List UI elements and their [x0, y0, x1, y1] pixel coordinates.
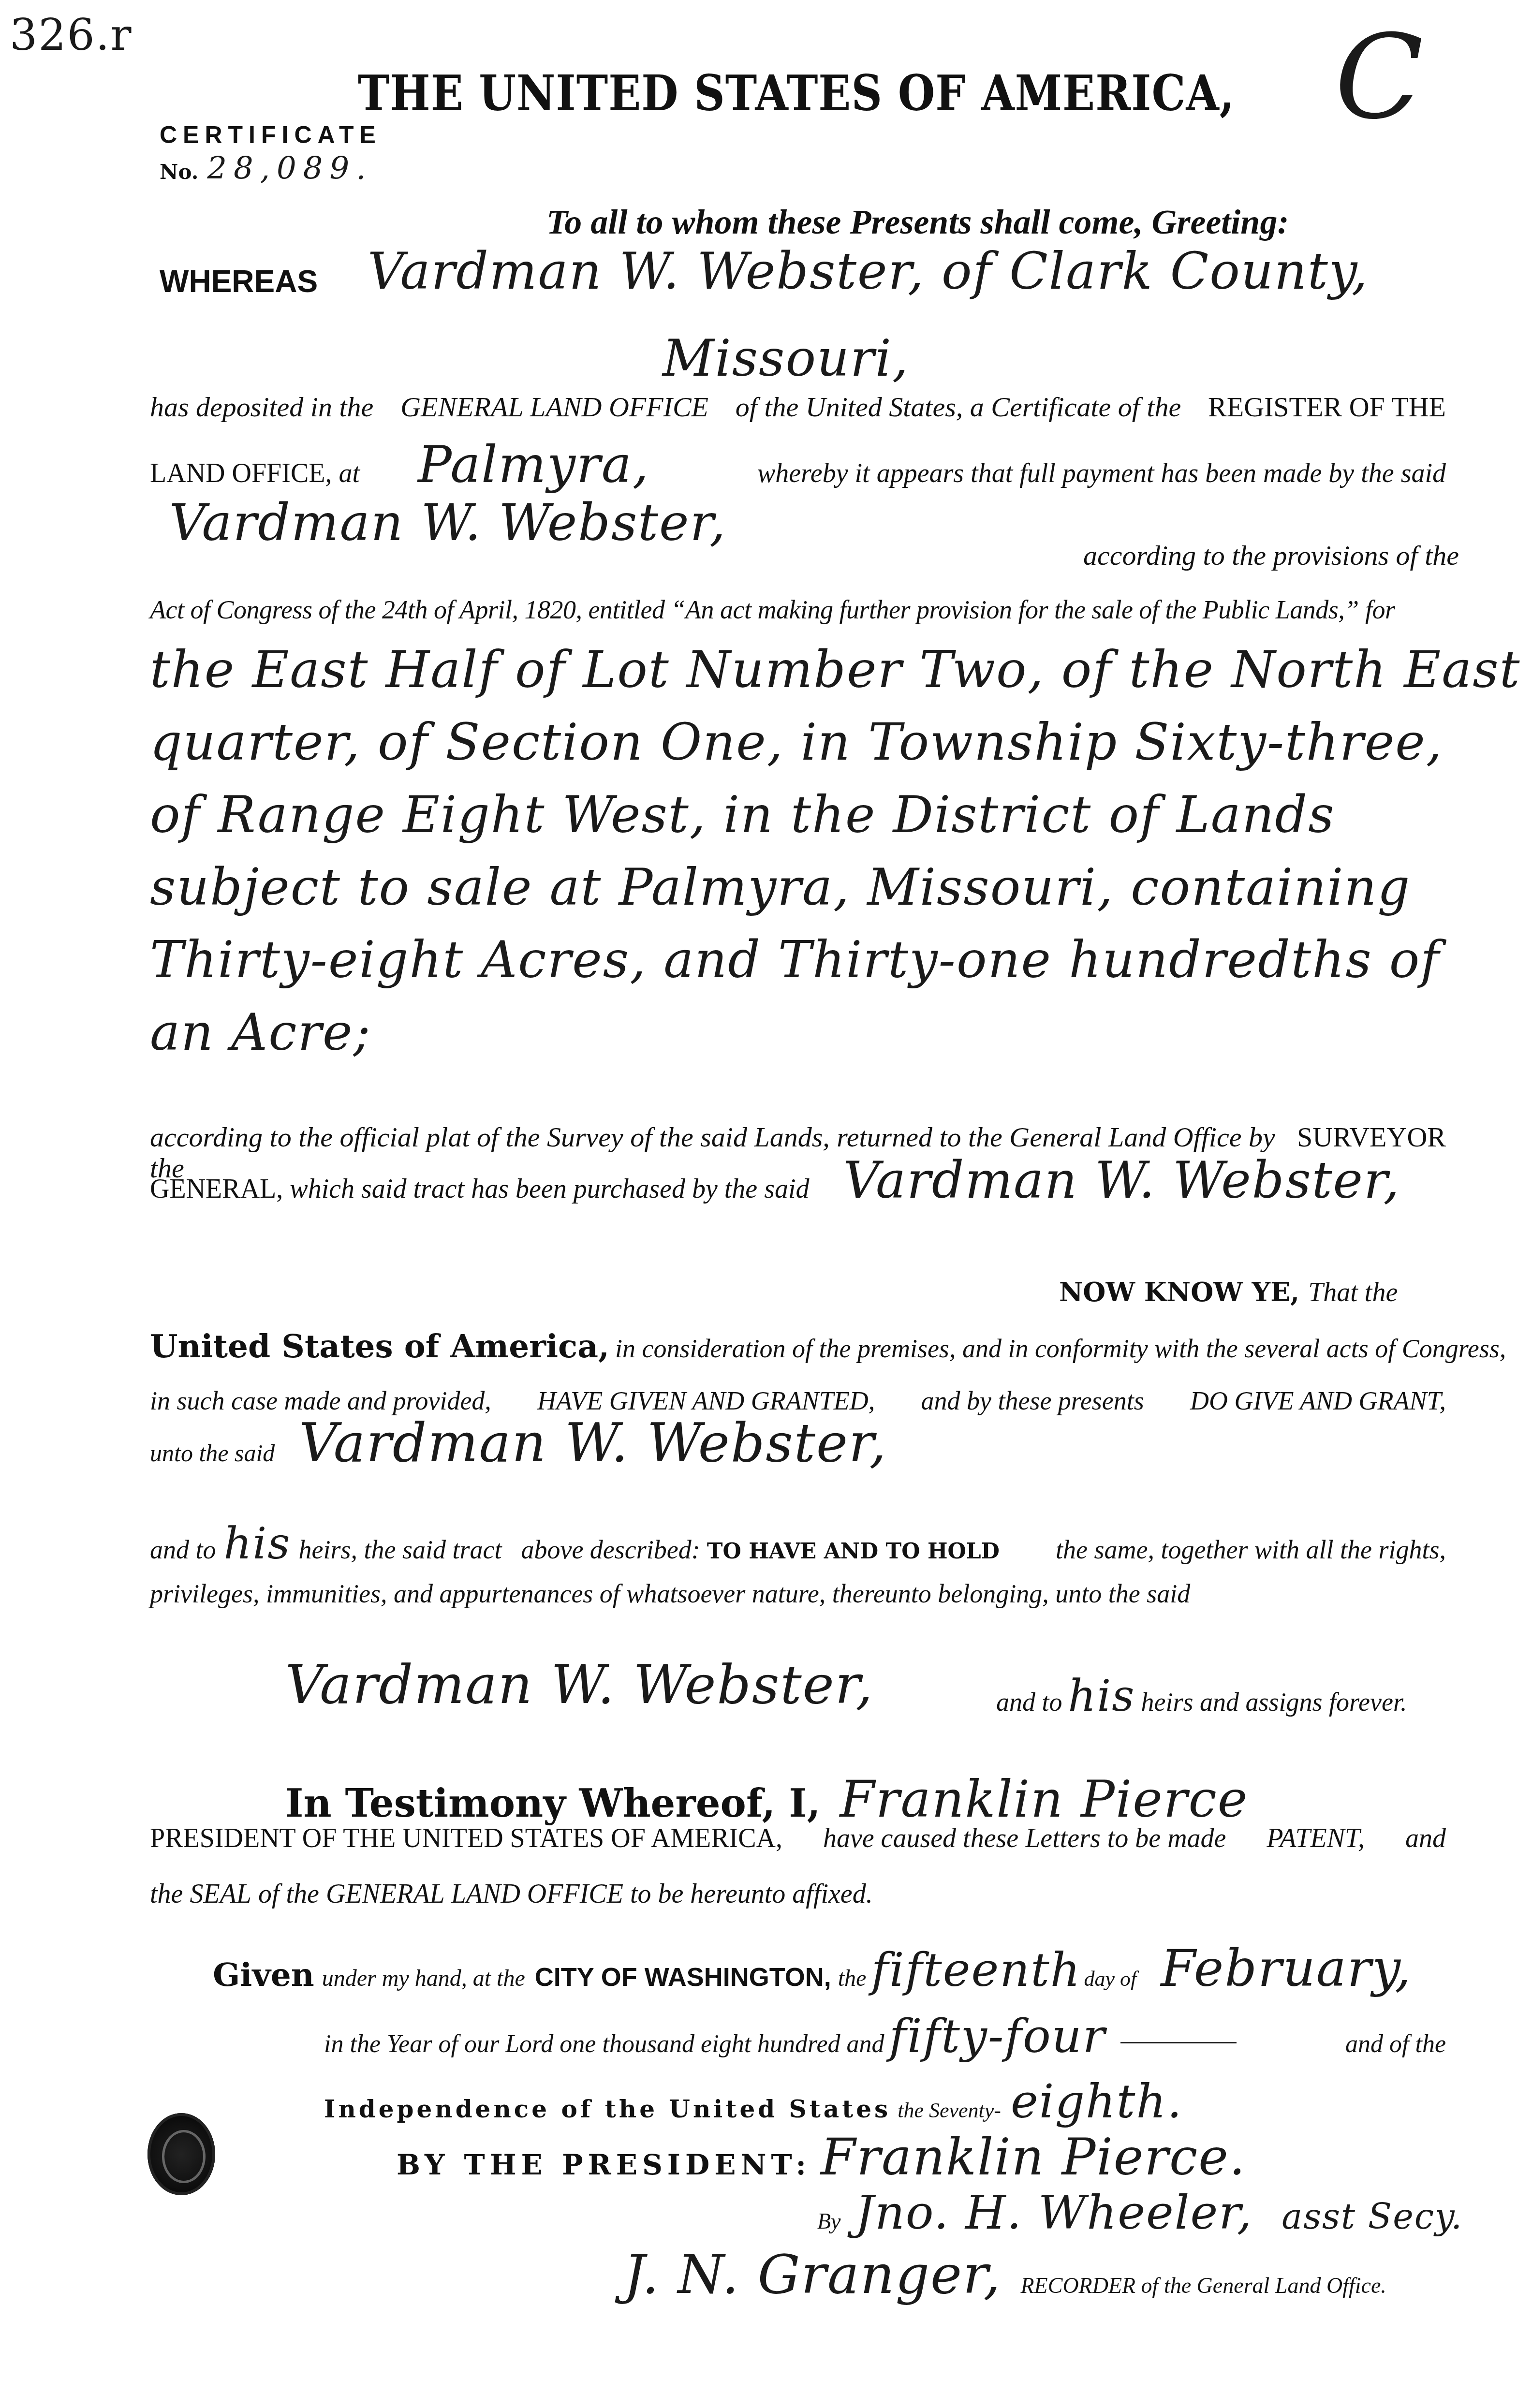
grant-line-3: unto the said Vardman W. Webster,	[150, 1412, 887, 1474]
text: the	[838, 1965, 867, 1992]
text: and to	[996, 1687, 1062, 1717]
text-emphasis: TO HAVE AND TO HOLD	[707, 1539, 1000, 1564]
deposit-line-4: Act of Congress of the 24th of April, 18…	[150, 595, 1395, 625]
text-emphasis: GENERAL LAND OFFICE	[400, 392, 708, 423]
pronoun-handwritten: his	[1068, 1671, 1135, 1721]
pronoun-handwritten: his	[224, 1518, 291, 1569]
text-emphasis: DO GIVE AND GRANT,	[1190, 1385, 1446, 1416]
purchaser-name: Vardman W. Webster,	[843, 1151, 1400, 1210]
text-emphasis: NOW KNOW YE,	[1059, 1277, 1299, 1307]
day-handwritten: fifteenth	[871, 1943, 1081, 1997]
text: of the United States, a Certificate of t…	[736, 392, 1181, 423]
payer-name: Vardman W. Webster,	[169, 493, 726, 552]
text-emphasis: PRESIDENT OF THE UNITED STATES OF AMERIC…	[150, 1823, 782, 1854]
deposit-line-2: LAND OFFICE, at Palmyra, whereby it appe…	[150, 435, 1446, 494]
dash-line	[1120, 2042, 1237, 2043]
city-name: CITY OF WASHINGTON,	[535, 1962, 831, 1992]
text: in the Year of our Lord one thousand eig…	[324, 2030, 884, 2058]
text: day of	[1084, 1967, 1137, 1991]
margin-number: 326.r	[10, 10, 132, 60]
land-office-name: Palmyra,	[418, 435, 649, 494]
general-land-office-seal	[147, 2113, 215, 2195]
text-emphasis: PATENT,	[1267, 1823, 1365, 1854]
text: of the	[258, 1879, 319, 1909]
greeting: To all to whom these Presents shall come…	[546, 202, 1289, 242]
recorder-signature: J. N. Granger,	[624, 2244, 1002, 2305]
grantee-name-county: Vardman W. Webster, of Clark County,	[368, 242, 1369, 301]
text: above described:	[521, 1535, 700, 1565]
text: has deposited in the	[150, 392, 373, 423]
grant-line-1: United States of America, in considerati…	[150, 1327, 1446, 1365]
text: heirs and assigns forever.	[1141, 1687, 1407, 1717]
now-know-ye-line: NOW KNOW YE, That the	[1059, 1277, 1398, 1308]
text-emphasis: SURVEYOR	[1297, 1122, 1446, 1153]
land-line: an Acre;	[150, 996, 1520, 1069]
given-line-3: Independence of the United States the Se…	[324, 2074, 1183, 2129]
land-description: the East Half of Lot Number Two, of the …	[150, 633, 1520, 1069]
land-line: the East Half of Lot Number Two, of the …	[150, 633, 1520, 706]
text: which said tract has been purchased by t…	[290, 1174, 809, 1204]
text: have caused these Letters to be made	[823, 1823, 1226, 1854]
text: the Seventy-	[898, 2098, 1001, 2123]
president-signature: Franklin Pierce.	[821, 2128, 1246, 2187]
text: and by these presents	[921, 1385, 1144, 1416]
text-emphasis: REGISTER OF THE	[1208, 392, 1446, 423]
land-line: subject to sale at Palmyra, Missouri, co…	[150, 851, 1520, 924]
president-name: Franklin Pierce	[840, 1770, 1249, 1829]
secretary-line: By Jno. H. Wheeler, asst Secy.	[817, 2186, 1463, 2240]
text-emphasis: SEAL	[190, 1879, 251, 1909]
by-the-president-line: BY THE PRESIDENT: Franklin Pierce.	[397, 2128, 1246, 2187]
text-emphasis: GENERAL LAND OFFICE	[326, 1879, 623, 1909]
grant-line-6: and to his heirs and assigns forever.	[996, 1671, 1407, 1721]
testimony-heading: In Testimony Whereof, I,	[285, 1780, 821, 1826]
month-handwritten: February,	[1161, 1939, 1412, 1998]
testimony-line-2: the SEAL of the GENERAL LAND OFFICE to b…	[150, 1879, 873, 1909]
secretary-title: asst Secy.	[1282, 2196, 1463, 2237]
text: to be hereunto affixed.	[630, 1879, 873, 1909]
text: at	[339, 458, 360, 489]
text: heirs, the said tract	[298, 1535, 501, 1565]
testimony-line: In Testimony Whereof, I, Franklin Pierce	[285, 1770, 1248, 1829]
text: GENERAL,	[150, 1174, 283, 1204]
text: in consideration of the premises, and in…	[615, 1334, 1506, 1364]
grantee-state: Missouri,	[663, 329, 909, 388]
text-blackletter: Given	[213, 1956, 314, 1994]
certificate-no-label: No.	[160, 160, 198, 184]
land-line: of Range Eight West, in the District of …	[150, 778, 1520, 851]
certificate-label: CERTIFICATE	[160, 121, 382, 149]
text: whereby it appears that full payment has…	[757, 458, 1446, 489]
margin-letter: C	[1335, 10, 1425, 145]
land-line: quarter, of Section One, in Township Six…	[150, 706, 1520, 778]
grantee-name-final: Vardman W. Webster,	[285, 1654, 873, 1716]
by-the-president-label: BY THE PRESIDENT:	[397, 2148, 811, 2181]
given-line-1: Given under my hand, at the CITY OF WASH…	[213, 1939, 1412, 1998]
certificate-block: CERTIFICATE No. 28,089.	[160, 121, 382, 187]
text-blackletter: United States of America,	[150, 1327, 609, 1365]
text: unto the said	[150, 1439, 275, 1467]
given-line-2: in the Year of our Lord one thousand eig…	[324, 2009, 1446, 2063]
secretary-signature: Jno. H. Wheeler,	[855, 2186, 1253, 2240]
text: and	[1405, 1823, 1446, 1854]
testimony-line-1: PRESIDENT OF THE UNITED STATES OF AMERIC…	[150, 1823, 1446, 1854]
independence-year-handwritten: eighth.	[1011, 2074, 1183, 2129]
text: under my hand, at the	[322, 1965, 525, 1992]
text: and to	[150, 1535, 216, 1565]
land-line: Thirty-eight Acres, and Thirty-one hundr…	[150, 924, 1520, 996]
text: By	[817, 2208, 841, 2234]
text: That the	[1308, 1277, 1398, 1308]
recorder-title: RECORDER of the General Land Office.	[1021, 2273, 1386, 2298]
deposit-line-1: has deposited in the GENERAL LAND OFFICE…	[150, 392, 1446, 423]
grantee-name: Vardman W. Webster,	[299, 1412, 887, 1474]
grant-line-4: and to his heirs, the said tract above d…	[150, 1518, 1446, 1569]
grant-line-5: privileges, immunities, and appurtenance…	[150, 1579, 1190, 1609]
whereas-label: WHEREAS	[160, 264, 318, 299]
text: the	[150, 1879, 183, 1909]
certificate-number: 28,089.	[207, 151, 372, 187]
recorder-line: J. N. Granger, RECORDER of the General L…	[624, 2244, 1386, 2305]
year-handwritten: fifty-four	[889, 2009, 1105, 2063]
text: and of the	[1345, 2030, 1446, 2058]
deposit-line-3: according to the provisions of the	[1083, 539, 1459, 572]
survey-line-2: GENERAL, which said tract has been purch…	[150, 1151, 1400, 1210]
document-title: THE UNITED STATES OF AMERICA,	[358, 64, 1235, 122]
text: LAND OFFICE,	[150, 458, 332, 489]
text-blackletter: Independence of the United States	[324, 2095, 891, 2123]
text: the same, together with all the rights,	[1056, 1535, 1446, 1565]
